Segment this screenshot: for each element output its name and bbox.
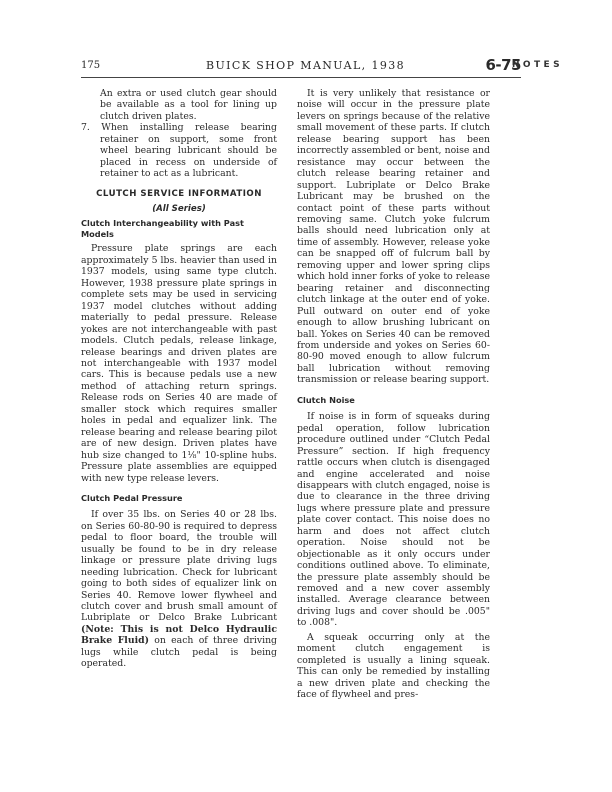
page-header: 175 BUICK SHOP MANUAL, 1938 6-75 — [81, 57, 521, 78]
intro-continuation: An extra or used clutch gear should be a… — [81, 88, 277, 122]
clutch-noise-paragraph-1: If noise is in form of squeaks during pe… — [297, 411, 490, 629]
right-column: It is very unlikely that resistance or n… — [297, 88, 490, 701]
resistance-paragraph: It is very unlikely that resistance or n… — [297, 88, 490, 386]
pedal-pressure-text: If over 35 lbs. on Series 40 or 28 lbs. … — [81, 509, 277, 623]
page-number: 175 — [81, 60, 100, 71]
list-item-7: 7. When installing release bearing retai… — [81, 122, 277, 179]
notes-label: NOTES — [512, 60, 563, 70]
left-column: An extra or used clutch gear should be a… — [81, 88, 277, 670]
pedal-pressure-heading: Clutch Pedal Pressure — [81, 493, 277, 504]
manual-title: BUICK SHOP MANUAL, 1938 — [206, 59, 405, 72]
clutch-noise-paragraph-2: A squeak occurring only at the moment cl… — [297, 632, 490, 701]
interchangeability-heading: Clutch Interchangeability with Past Mode… — [81, 218, 277, 241]
pedal-pressure-body: If over 35 lbs. on Series 40 or 28 lbs. … — [81, 509, 277, 669]
section-subheading: (All Series) — [81, 204, 277, 215]
interchangeability-body: Pressure plate springs are each approxim… — [81, 243, 277, 484]
clutch-noise-heading: Clutch Noise — [297, 395, 490, 406]
section-heading: CLUTCH SERVICE INFORMATION — [81, 189, 277, 200]
